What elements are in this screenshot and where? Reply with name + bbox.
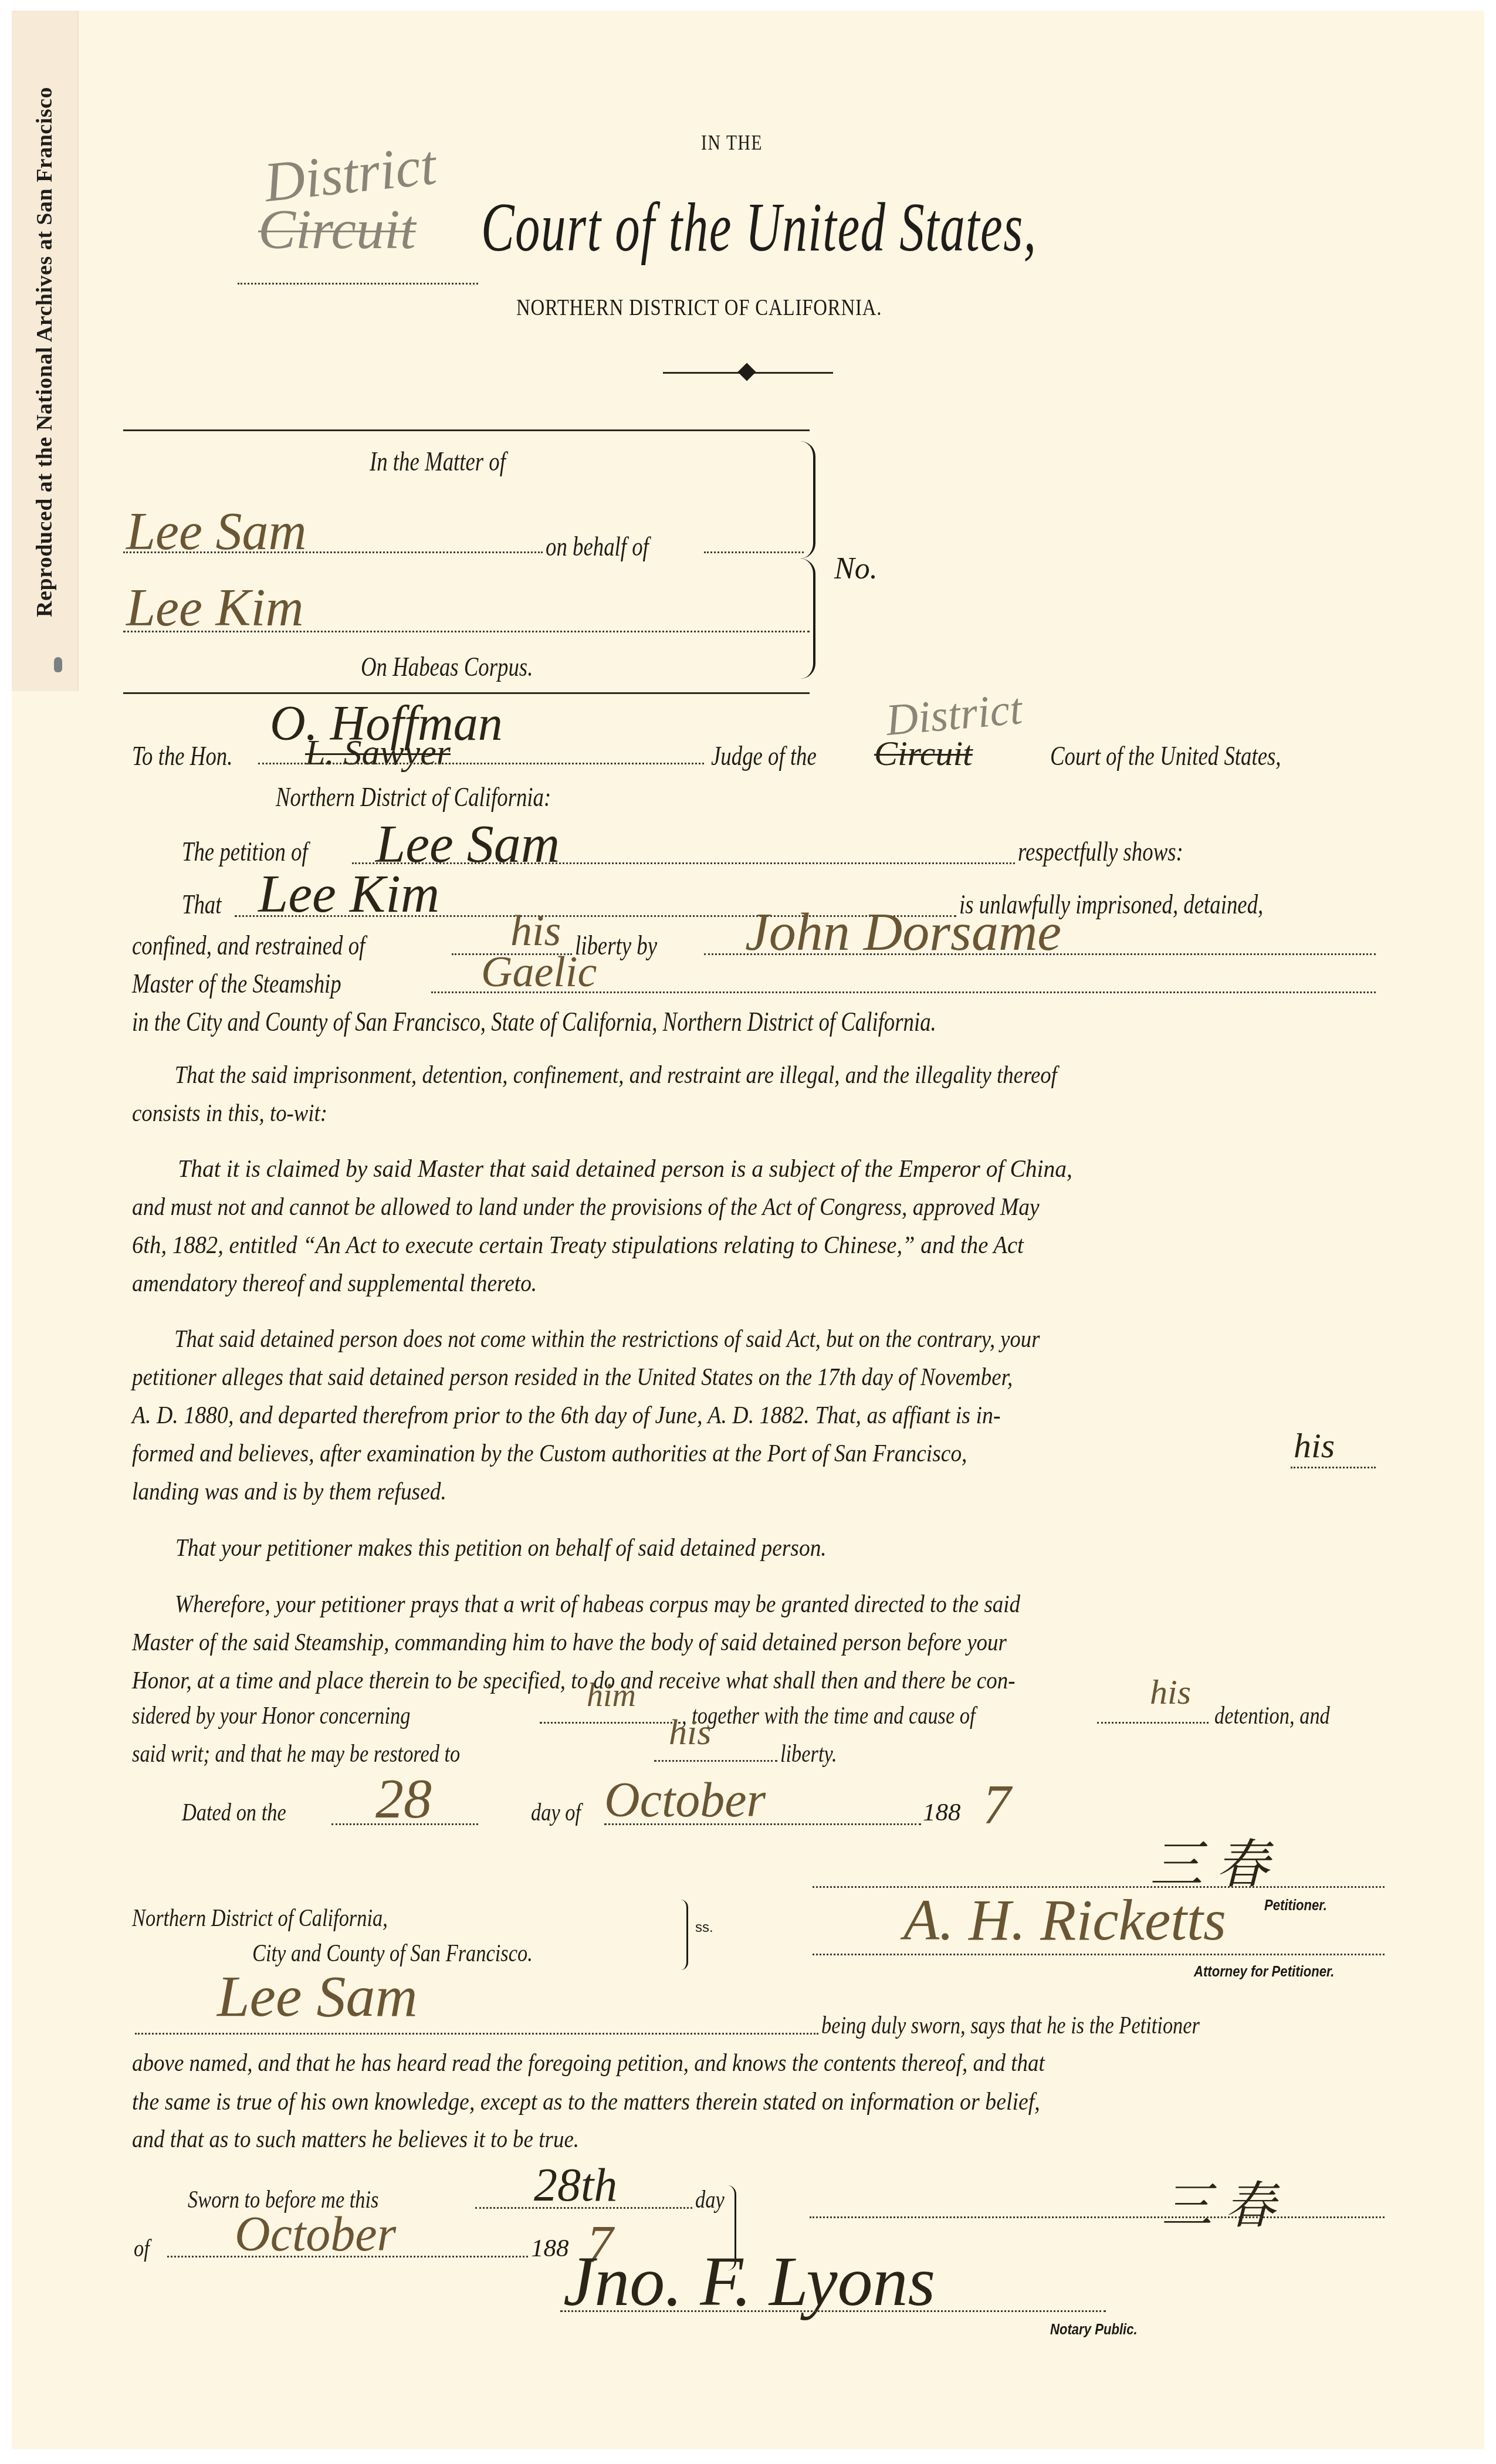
archive-label: Reproduced at the National Archives at S… (32, 87, 57, 617)
detention-blank (1097, 1722, 1209, 1724)
district-heading: NORTHERN DISTRICT OF CALIFORNIA. (516, 293, 882, 321)
paragraph-illegality: That the said imprisonment, detention, c… (132, 1056, 1376, 1132)
on-behalf-of-label: on behalf of (546, 531, 649, 562)
oath-line-2: above named, and that he has heard read … (132, 2049, 1045, 2077)
location-line: in the City and County of San Francisco,… (132, 1006, 936, 1037)
restored-his[interactable]: his (669, 1712, 711, 1754)
paragraph-behalf: That your petitioner makes this petition… (132, 1529, 1376, 1567)
brace-upper (800, 441, 815, 559)
dated-on-the-label: Dated on the (182, 1798, 286, 1827)
landing-pronoun-blank (1291, 1467, 1376, 1468)
matter-petitioner-blank (123, 551, 543, 553)
steamship-name[interactable]: Gaelic (481, 947, 597, 997)
matter-box-top-rule (123, 429, 810, 431)
dated-year-prefix: 188 (923, 1798, 961, 1827)
venue-line-1: Northern District of California, (132, 1904, 388, 1932)
jurat-of-label: of (134, 2234, 150, 2263)
attorney-label: Attorney for Petitioner. (1194, 1962, 1334, 1981)
in-the-matter-of-label: In the Matter of (370, 446, 506, 477)
ss-label: ss. (695, 1920, 713, 1936)
petitioner-blank (352, 862, 1015, 864)
in-the-heading: IN THE (701, 130, 763, 155)
restored-blank (654, 1760, 777, 1762)
steamship-blank (431, 991, 1376, 993)
tack-icon (54, 657, 62, 672)
notary-signature-line (560, 2310, 1106, 2312)
dated-day-blank (331, 1823, 478, 1825)
dated-month[interactable]: October (604, 1772, 766, 1829)
judge-of-the-label: Judge of the (711, 740, 817, 771)
paragraph-residence: That said detained person does not come … (132, 1320, 1376, 1511)
matter-box-bottom-rule (123, 692, 810, 694)
oath-affiant-blank (135, 2033, 818, 2035)
matter-detained-name[interactable]: Lee Kim (126, 578, 303, 638)
considered-line-a: sidered by your Honor concerning (132, 1701, 411, 1730)
dated-month-blank (604, 1823, 921, 1825)
jurat-day[interactable]: 28th (534, 2159, 617, 2212)
detention-his[interactable]: his (1150, 1672, 1191, 1712)
court-struck-circuit-2: Circuit (874, 733, 973, 774)
brace-lower (800, 559, 815, 679)
jurat-month-blank (167, 2256, 528, 2257)
court-blank-line (238, 283, 478, 285)
jurat-month[interactable]: October (235, 2206, 396, 2263)
master-of-steamship-label: Master of the Steamship (132, 968, 341, 999)
jurat-day-label: day (695, 2185, 725, 2214)
confined-label: confined, and restrained of (132, 930, 365, 961)
attorney-signature-line (813, 1954, 1385, 1955)
court-struck-circuit: Circuit (258, 197, 415, 262)
on-behalf-blank (704, 551, 804, 553)
dated-day[interactable]: 28 (375, 1766, 432, 1831)
court-of-us-label: Court of the United States, (1050, 740, 1281, 771)
affiant-mark-line (810, 2216, 1385, 2218)
oath-affiant-name[interactable]: Lee Sam (217, 1962, 418, 2030)
considered-line-c: detention, and (1214, 1701, 1330, 1730)
restored-line-b: liberty. (780, 1739, 837, 1768)
oath-line-3: the same is true of his own knowledge, e… (132, 2087, 1040, 2116)
northern-district-address: Northern District of California: (276, 781, 551, 813)
landing-pronoun-his[interactable]: his (1294, 1426, 1335, 1466)
dated-year-suffix[interactable]: 7 (983, 1772, 1011, 1837)
day-of-label: day of (531, 1798, 581, 1827)
restored-line-a: said writ; and that he may be restored t… (132, 1739, 460, 1768)
on-habeas-corpus-label: On Habeas Corpus. (361, 651, 533, 682)
that-label: That (182, 889, 222, 920)
affiant-mark[interactable]: 三 春 (1162, 2165, 1275, 2238)
considered-line-b: , together with the time and cause of (682, 1701, 976, 1730)
paragraph-claim: That it is claimed by said Master that s… (132, 1150, 1376, 1302)
venue-brace (681, 1900, 688, 1970)
concerning-blank (540, 1722, 681, 1724)
concerning-him[interactable]: him (587, 1677, 636, 1714)
attorney-signature[interactable]: A. H. Ricketts (903, 1886, 1226, 1954)
oath-line-1: being duly sworn, says that he is the Pe… (821, 2011, 1200, 2040)
jurat-day-blank (475, 2207, 692, 2209)
court-title: Court of the United States, (481, 188, 1037, 268)
oath-line-4: and that as to such matters he believes … (132, 2125, 579, 2154)
judge-blank (258, 763, 704, 764)
to-the-hon-label: To the Hon. (132, 740, 232, 771)
judge-struck: L. Sawyer (305, 732, 451, 774)
respectfully-shows-label: respectfully shows: (1018, 836, 1183, 867)
master-name-blank (704, 953, 1376, 955)
petitioner-label: Petitioner. (1264, 1896, 1327, 1914)
case-number-label: No. (834, 551, 878, 586)
matter-detained-blank (123, 631, 810, 632)
notary-public-label: Notary Public. (1050, 2320, 1138, 2338)
